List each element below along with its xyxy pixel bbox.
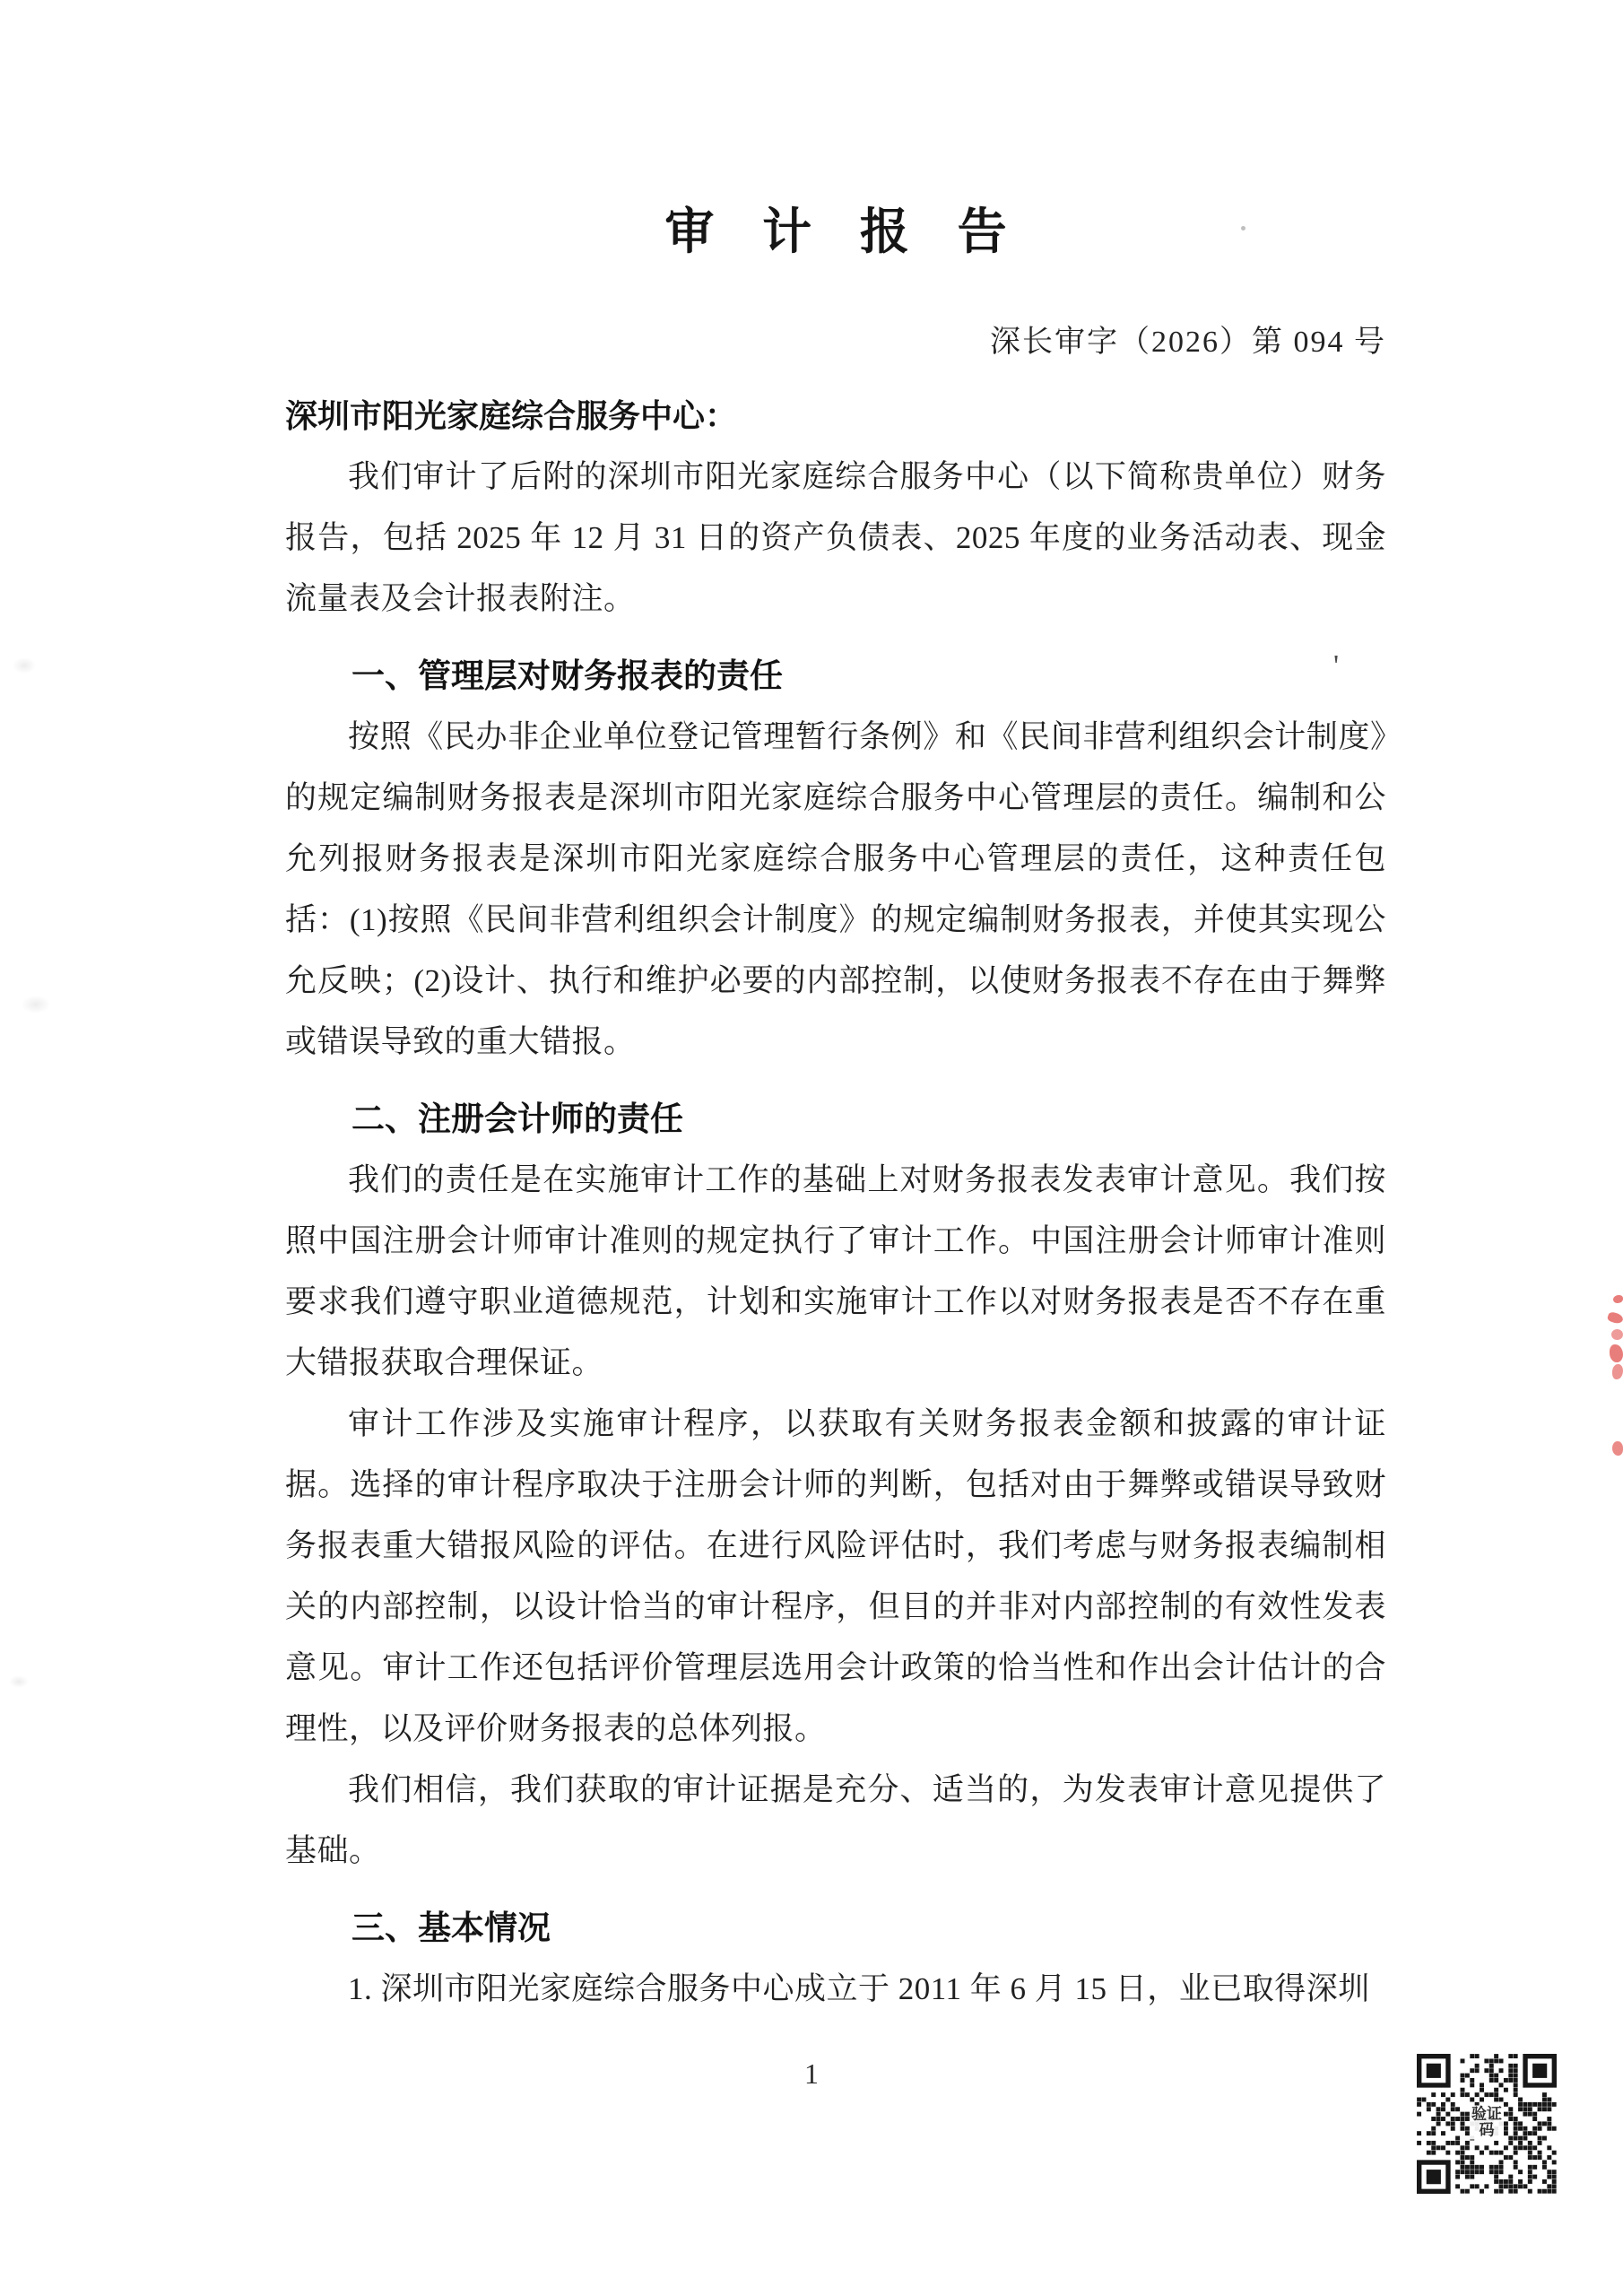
- red-seal-fragment: [1612, 1441, 1623, 1456]
- scan-speck: [1241, 226, 1245, 230]
- qr-label: 验证 码: [1470, 2105, 1504, 2139]
- heading-basic-information: 三、基本情况: [285, 1898, 1386, 1959]
- scan-smudge: [22, 996, 50, 1013]
- heading-management-responsibility: 一、管理层对财务报表的责任: [285, 646, 1386, 707]
- red-seal-fragment: [1613, 1295, 1623, 1303]
- heading-cpa-responsibility: 二、注册会计师的责任: [285, 1089, 1386, 1150]
- paragraph-cpa-responsibility: 我们的责任是在实施审计工作的基础上对财务报表发表审计意见。我们按照中国注册会计师…: [285, 1150, 1386, 1394]
- stray-mark: ': [1333, 649, 1339, 683]
- red-seal-fragment: [1612, 1364, 1623, 1379]
- scan-smudge: [13, 657, 36, 674]
- paragraph-audit-evidence: 我们相信，我们获取的审计证据是充分、适当的，为发表审计意见提供了基础。: [285, 1760, 1386, 1882]
- verification-qr-code: 验证 码: [1417, 2054, 1557, 2194]
- scanned-audit-report-page: 审 计 报 告 深长审字（2026）第 094 号 深圳市阳光家庭综合服务中心：…: [0, 0, 1623, 2296]
- qr-label-line2: 码: [1471, 2122, 1502, 2138]
- document-title: 审 计 报 告: [285, 204, 1386, 260]
- page-number: 1: [780, 2057, 843, 2091]
- paragraph-intro: 我们审计了后附的深圳市阳光家庭综合服务中心（以下简称贵单位）财务报告，包括 20…: [285, 447, 1386, 630]
- addressee-line: 深圳市阳光家庭综合服务中心：: [285, 386, 1386, 447]
- red-seal-fragment: [1607, 1311, 1623, 1326]
- paragraph-audit-procedures: 审计工作涉及实施审计程序，以获取有关财务报表金额和披露的审计证据。选择的审计程序…: [285, 1394, 1386, 1760]
- scan-smudge: [9, 1675, 29, 1688]
- red-seal-fragment: [1610, 1344, 1623, 1362]
- paragraph-basic-information: 1. 深圳市阳光家庭综合服务中心成立于 2011 年 6 月 15 日，业已取得…: [285, 1959, 1386, 2020]
- qr-label-line1: 验证: [1471, 2106, 1502, 2122]
- red-seal-fragment: [1611, 1329, 1623, 1340]
- reference-number: 深长审字（2026）第 094 号: [285, 325, 1386, 361]
- document-body: 审 计 报 告 深长审字（2026）第 094 号 深圳市阳光家庭综合服务中心：…: [285, 0, 1386, 2020]
- paragraph-management-responsibility: 按照《民办非企业单位登记管理暂行条例》和《民间非营利组织会计制度》的规定编制财务…: [285, 707, 1386, 1073]
